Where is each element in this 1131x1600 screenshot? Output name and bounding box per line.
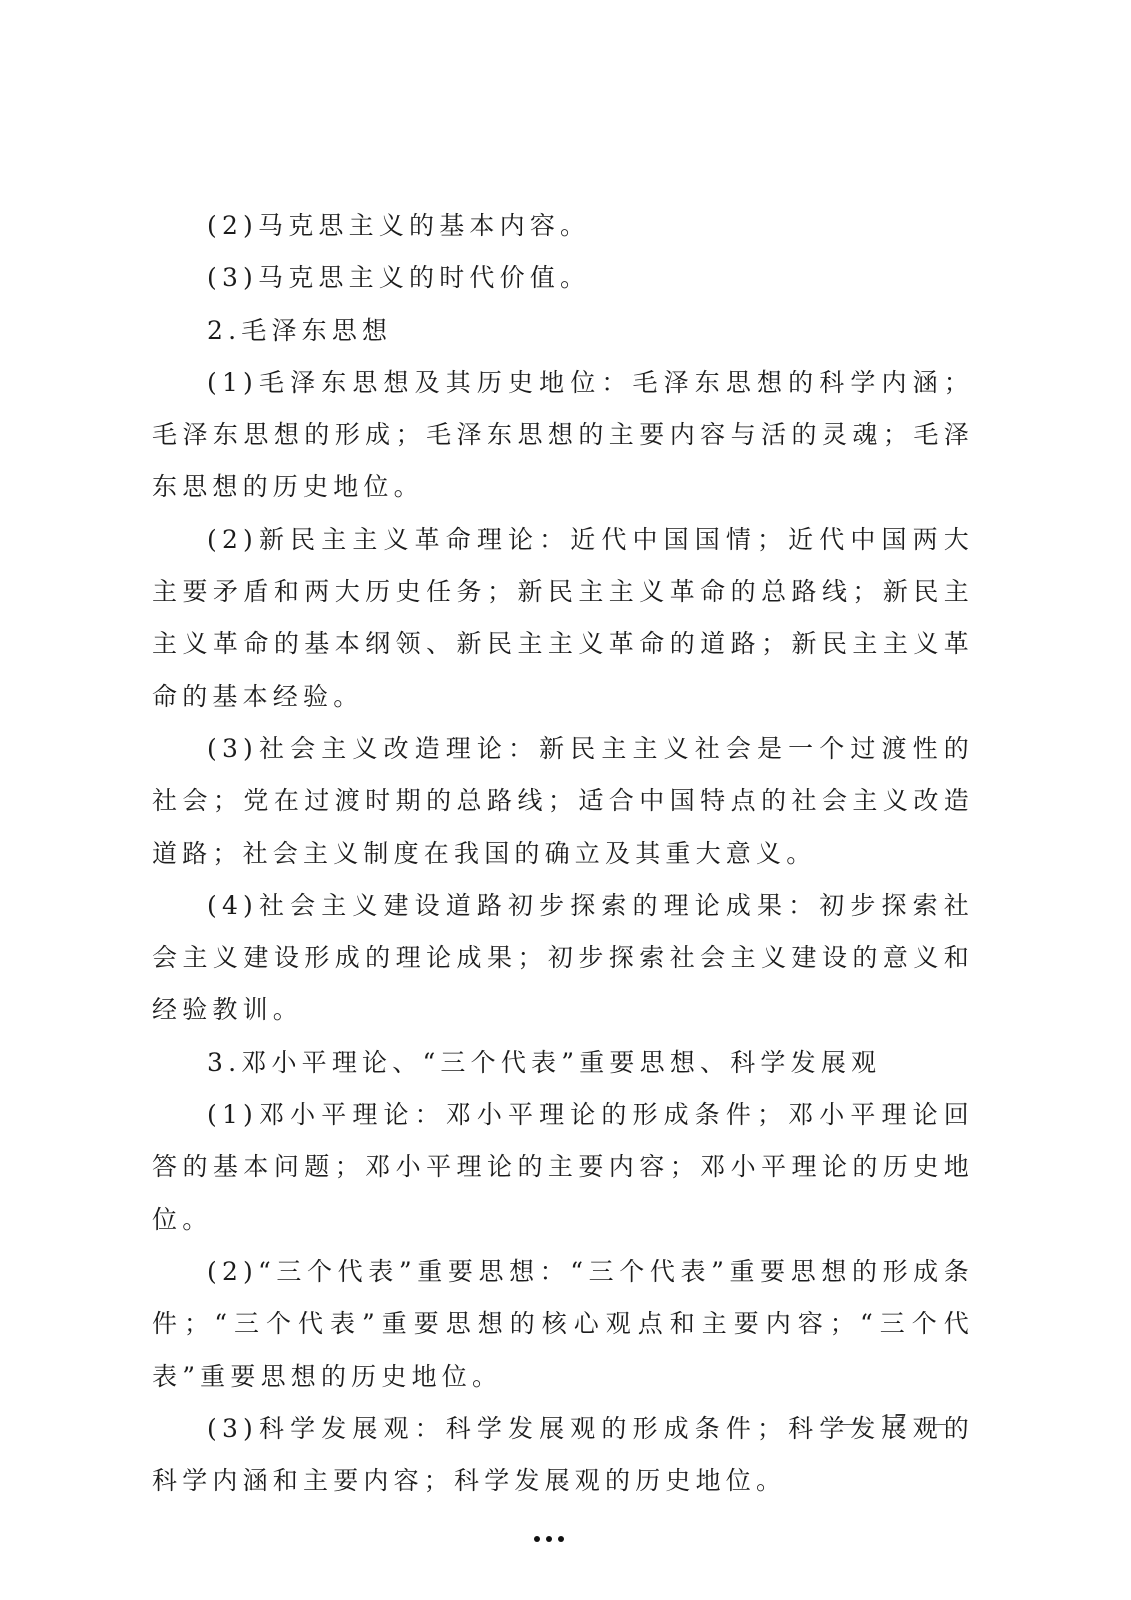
dot [558, 1536, 564, 1542]
page-number: 17 [840, 1403, 960, 1443]
document-body: (2)马克思主义的基本内容。 (3)马克思主义的时代价值。 2.毛泽东思想 (1… [152, 200, 974, 1507]
paragraph-socialist-transformation: (3)社会主义改造理论：新民主主义社会是一个过渡性的社会；党在过渡时期的总路线；… [152, 723, 974, 880]
paragraph-three-represents: (2)“三个代表”重要思想：“三个代表”重要思想的形成条件；“三个代表”重要思想… [152, 1246, 974, 1403]
dot [534, 1536, 540, 1542]
dot [546, 1536, 552, 1542]
paragraph-new-democratic-revolution: (2)新民主主义革命理论：近代中国国情；近代中国两大主要矛盾和两大历史任务；新民… [152, 514, 974, 723]
dash-right [922, 1424, 948, 1425]
dash-left [840, 1424, 866, 1425]
paragraph-deng-theory: (1)邓小平理论：邓小平理论的形成条件；邓小平理论回答的基本问题；邓小平理论的主… [152, 1089, 974, 1246]
paragraph-socialist-construction: (4)社会主义建设道路初步探索的理论成果：初步探索社会主义建设形成的理论成果；初… [152, 880, 974, 1037]
paragraph-marxism-value: (3)马克思主义的时代价值。 [152, 252, 974, 304]
paragraph-mao-historical-status: (1)毛泽东思想及其历史地位：毛泽东思想的科学内涵；毛泽东思想的形成；毛泽东思想… [152, 357, 974, 514]
paragraph-marxism-content: (2)马克思主义的基本内容。 [152, 200, 974, 252]
section-heading-mao-thought: 2.毛泽东思想 [152, 305, 974, 357]
more-dots-icon[interactable] [534, 1536, 564, 1548]
section-heading-deng-theory: 3.邓小平理论、“三个代表”重要思想、科学发展观 [152, 1037, 974, 1089]
page-number-value: 17 [880, 1403, 908, 1443]
document-page: (2)马克思主义的基本内容。 (3)马克思主义的时代价值。 2.毛泽东思想 (1… [0, 0, 1131, 1600]
